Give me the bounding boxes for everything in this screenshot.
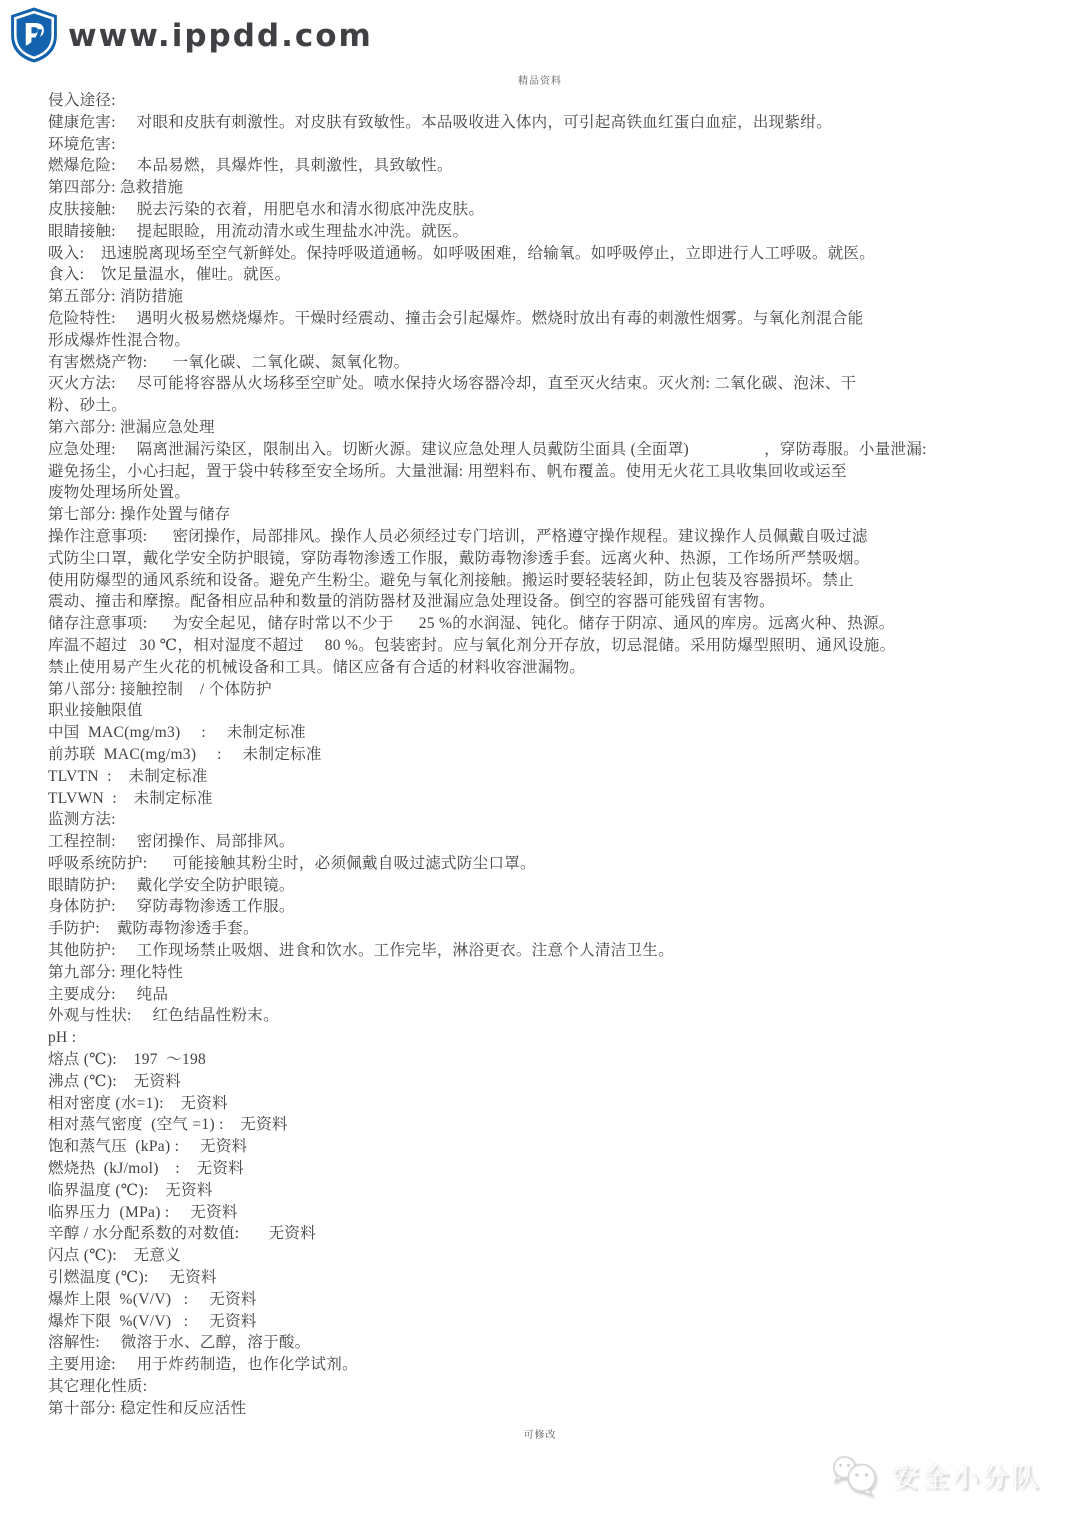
watermark: 安全小分队 [830, 1452, 1042, 1498]
document-text-line: 侵入途径: [48, 90, 1060, 112]
document-text-line: 溶解性: 微溶于水、乙醇，溶于酸。 [48, 1332, 1060, 1354]
document-text-line: 其它理化性质: [48, 1376, 1060, 1398]
document-text-line: TLVWN : 未制定标准 [48, 788, 1060, 810]
document-text-line: 废物处理场所处置。 [48, 482, 1060, 504]
document-text-line: 沸点 (℃): 无资料 [48, 1071, 1060, 1093]
document-text-line: 第九部分: 理化特性 [48, 962, 1060, 984]
site-logo[interactable]: P www.ippdd.com [8, 6, 373, 64]
document-text-line: 呼吸系统防护: 可能接触其粉尘时，必须佩戴自吸过滤式防尘口罩。 [48, 853, 1060, 875]
document-text-line: 操作注意事项: 密闭操作，局部排风。操作人员必须经过专门培训，严格遵守操作规程。… [48, 526, 1060, 548]
document-text-line: 中国 MAC(mg/m3) : 未制定标准 [48, 722, 1060, 744]
document-text-line: 燃烧热 (kJ/mol) : 无资料 [48, 1158, 1060, 1180]
document-text-line: 第四部分: 急救措施 [48, 177, 1060, 199]
document-text-line: 临界温度 (℃): 无资料 [48, 1180, 1060, 1202]
document-text-line: 引燃温度 (℃): 无资料 [48, 1267, 1060, 1289]
document-text-line: 相对密度 (水=1): 无资料 [48, 1093, 1060, 1115]
document-text-line: 熔点 (℃): 197 ～198 [48, 1049, 1060, 1071]
document-text-line: 燃爆危险: 本品易燃，具爆炸性，具刺激性，具致敏性。 [48, 155, 1060, 177]
document-text-line: 前苏联 MAC(mg/m3) : 未制定标准 [48, 744, 1060, 766]
document-text-line: 身体防护: 穿防毒物渗透工作服。 [48, 896, 1060, 918]
document-text-line: 吸入: 迅速脱离现场至空气新鲜处。保持呼吸道通畅。如呼吸困难，给输氧。如呼吸停止… [48, 243, 1060, 265]
document-text-line: 第六部分: 泄漏应急处理 [48, 417, 1060, 439]
document-text-line: 震动、撞击和摩擦。配备相应品种和数量的消防器材及泄漏应急处理设备。倒空的容器可能… [48, 591, 1060, 613]
document-body: 侵入途径:健康危害: 对眼和皮肤有刺激性。对皮肤有致敏性。本品吸收进入体内，可引… [48, 90, 1060, 1420]
document-text-line: 禁止使用易产生火花的机械设备和工具。储区应备有合适的材料收容泄漏物。 [48, 657, 1060, 679]
document-text-line: 外观与性状: 红色结晶性粉末。 [48, 1005, 1060, 1027]
document-text-line: 手防护: 戴防毒物渗透手套。 [48, 918, 1060, 940]
document-text-line: TLVTN : 未制定标准 [48, 766, 1060, 788]
site-url: www.ippdd.com [68, 21, 373, 52]
document-text-line: 皮肤接触: 脱去污染的衣着，用肥皂水和清水彻底冲洗皮肤。 [48, 199, 1060, 221]
top-note: 精品资料 [0, 72, 1080, 87]
document-text-line: 有害燃烧产物: 一氧化碳、二氧化碳、氮氧化物。 [48, 352, 1060, 374]
document-text-line: 第七部分: 操作处置与储存 [48, 504, 1060, 526]
document-text-line: 辛醇 / 水分配系数的对数值: 无资料 [48, 1223, 1060, 1245]
document-text-line: 形成爆炸性混合物。 [48, 330, 1060, 352]
document-text-line: 主要用途: 用于炸药制造，也作化学试剂。 [48, 1354, 1060, 1376]
document-text-line: 第十部分: 稳定性和反应活性 [48, 1398, 1060, 1420]
document-text-line: 避免扬尘，小心扫起，置于袋中转移至安全场所。大量泄漏: 用塑料布、帆布覆盖。使用… [48, 461, 1060, 483]
shield-logo-icon: P [8, 6, 60, 64]
document-text-line: 第八部分: 接触控制 / 个体防护 [48, 679, 1060, 701]
document-text-line: 健康危害: 对眼和皮肤有刺激性。对皮肤有致敏性。本品吸收进入体内，可引起高铁血红… [48, 112, 1060, 134]
document-text-line: 饱和蒸气压 (kPa) : 无资料 [48, 1136, 1060, 1158]
document-text-line: 其他防护: 工作现场禁止吸烟、进食和饮水。工作完毕，淋浴更衣。注意个人清洁卫生。 [48, 940, 1060, 962]
document-text-line: 监测方法: [48, 809, 1060, 831]
footer-note: 可修改 [0, 1426, 1080, 1441]
document-text-line: pH : [48, 1027, 1060, 1049]
document-text-line: 危险特性: 遇明火极易燃烧爆炸。干燥时经震动、撞击会引起爆炸。燃烧时放出有毒的刺… [48, 308, 1060, 330]
document-text-line: 库温不超过 30 ℃，相对湿度不超过 80 %。包装密封。应与氧化剂分开存放，切… [48, 635, 1060, 657]
document-text-line: 环境危害: [48, 134, 1060, 156]
document-text-line: 主要成分: 纯品 [48, 984, 1060, 1006]
document-text-line: 临界压力 (MPa) : 无资料 [48, 1202, 1060, 1224]
document-text-line: 粉、砂土。 [48, 395, 1060, 417]
document-page: P www.ippdd.com 精品资料 侵入途径:健康危害: 对眼和皮肤有刺激… [0, 0, 1080, 1528]
document-text-line: 储存注意事项: 为安全起见，储存时常以不少于 25 %的水润湿、钝化。储存于阴凉… [48, 613, 1060, 635]
document-text-line: 眼睛防护: 戴化学安全防护眼镜。 [48, 875, 1060, 897]
document-text-line: 应急处理: 隔离泄漏污染区，限制出入。切断火源。建议应急处理人员戴防尘面具 (全… [48, 439, 1060, 461]
watermark-label: 安全小分队 [892, 1456, 1042, 1495]
wechat-icon [830, 1452, 882, 1498]
document-text-line: 眼睛接触: 提起眼睑，用流动清水或生理盐水冲洗。就医。 [48, 221, 1060, 243]
document-text-line: 食入: 饮足量温水，催吐。就医。 [48, 264, 1060, 286]
document-text-line: 式防尘口罩，戴化学安全防护眼镜，穿防毒物渗透工作服，戴防毒物渗透手套。远离火种、… [48, 548, 1060, 570]
document-text-line: 闪点 (℃): 无意义 [48, 1245, 1060, 1267]
document-text-line: 第五部分: 消防措施 [48, 286, 1060, 308]
document-text-line: 爆炸下限 %(V/V) : 无资料 [48, 1311, 1060, 1333]
document-text-line: 工程控制: 密闭操作、局部排风。 [48, 831, 1060, 853]
site-header: P www.ippdd.com [8, 6, 373, 66]
svg-text:P: P [23, 18, 45, 53]
document-text-line: 爆炸上限 %(V/V) : 无资料 [48, 1289, 1060, 1311]
document-text-line: 相对蒸气密度 (空气 =1) : 无资料 [48, 1114, 1060, 1136]
document-text-line: 职业接触限值 [48, 700, 1060, 722]
document-text-line: 使用防爆型的通风系统和设备。避免产生粉尘。避免与氧化剂接触。搬运时要轻装轻卸，防… [48, 570, 1060, 592]
document-text-line: 灭火方法: 尽可能将容器从火场移至空旷处。喷水保持火场容器冷却，直至灭火结束。灭… [48, 373, 1060, 395]
